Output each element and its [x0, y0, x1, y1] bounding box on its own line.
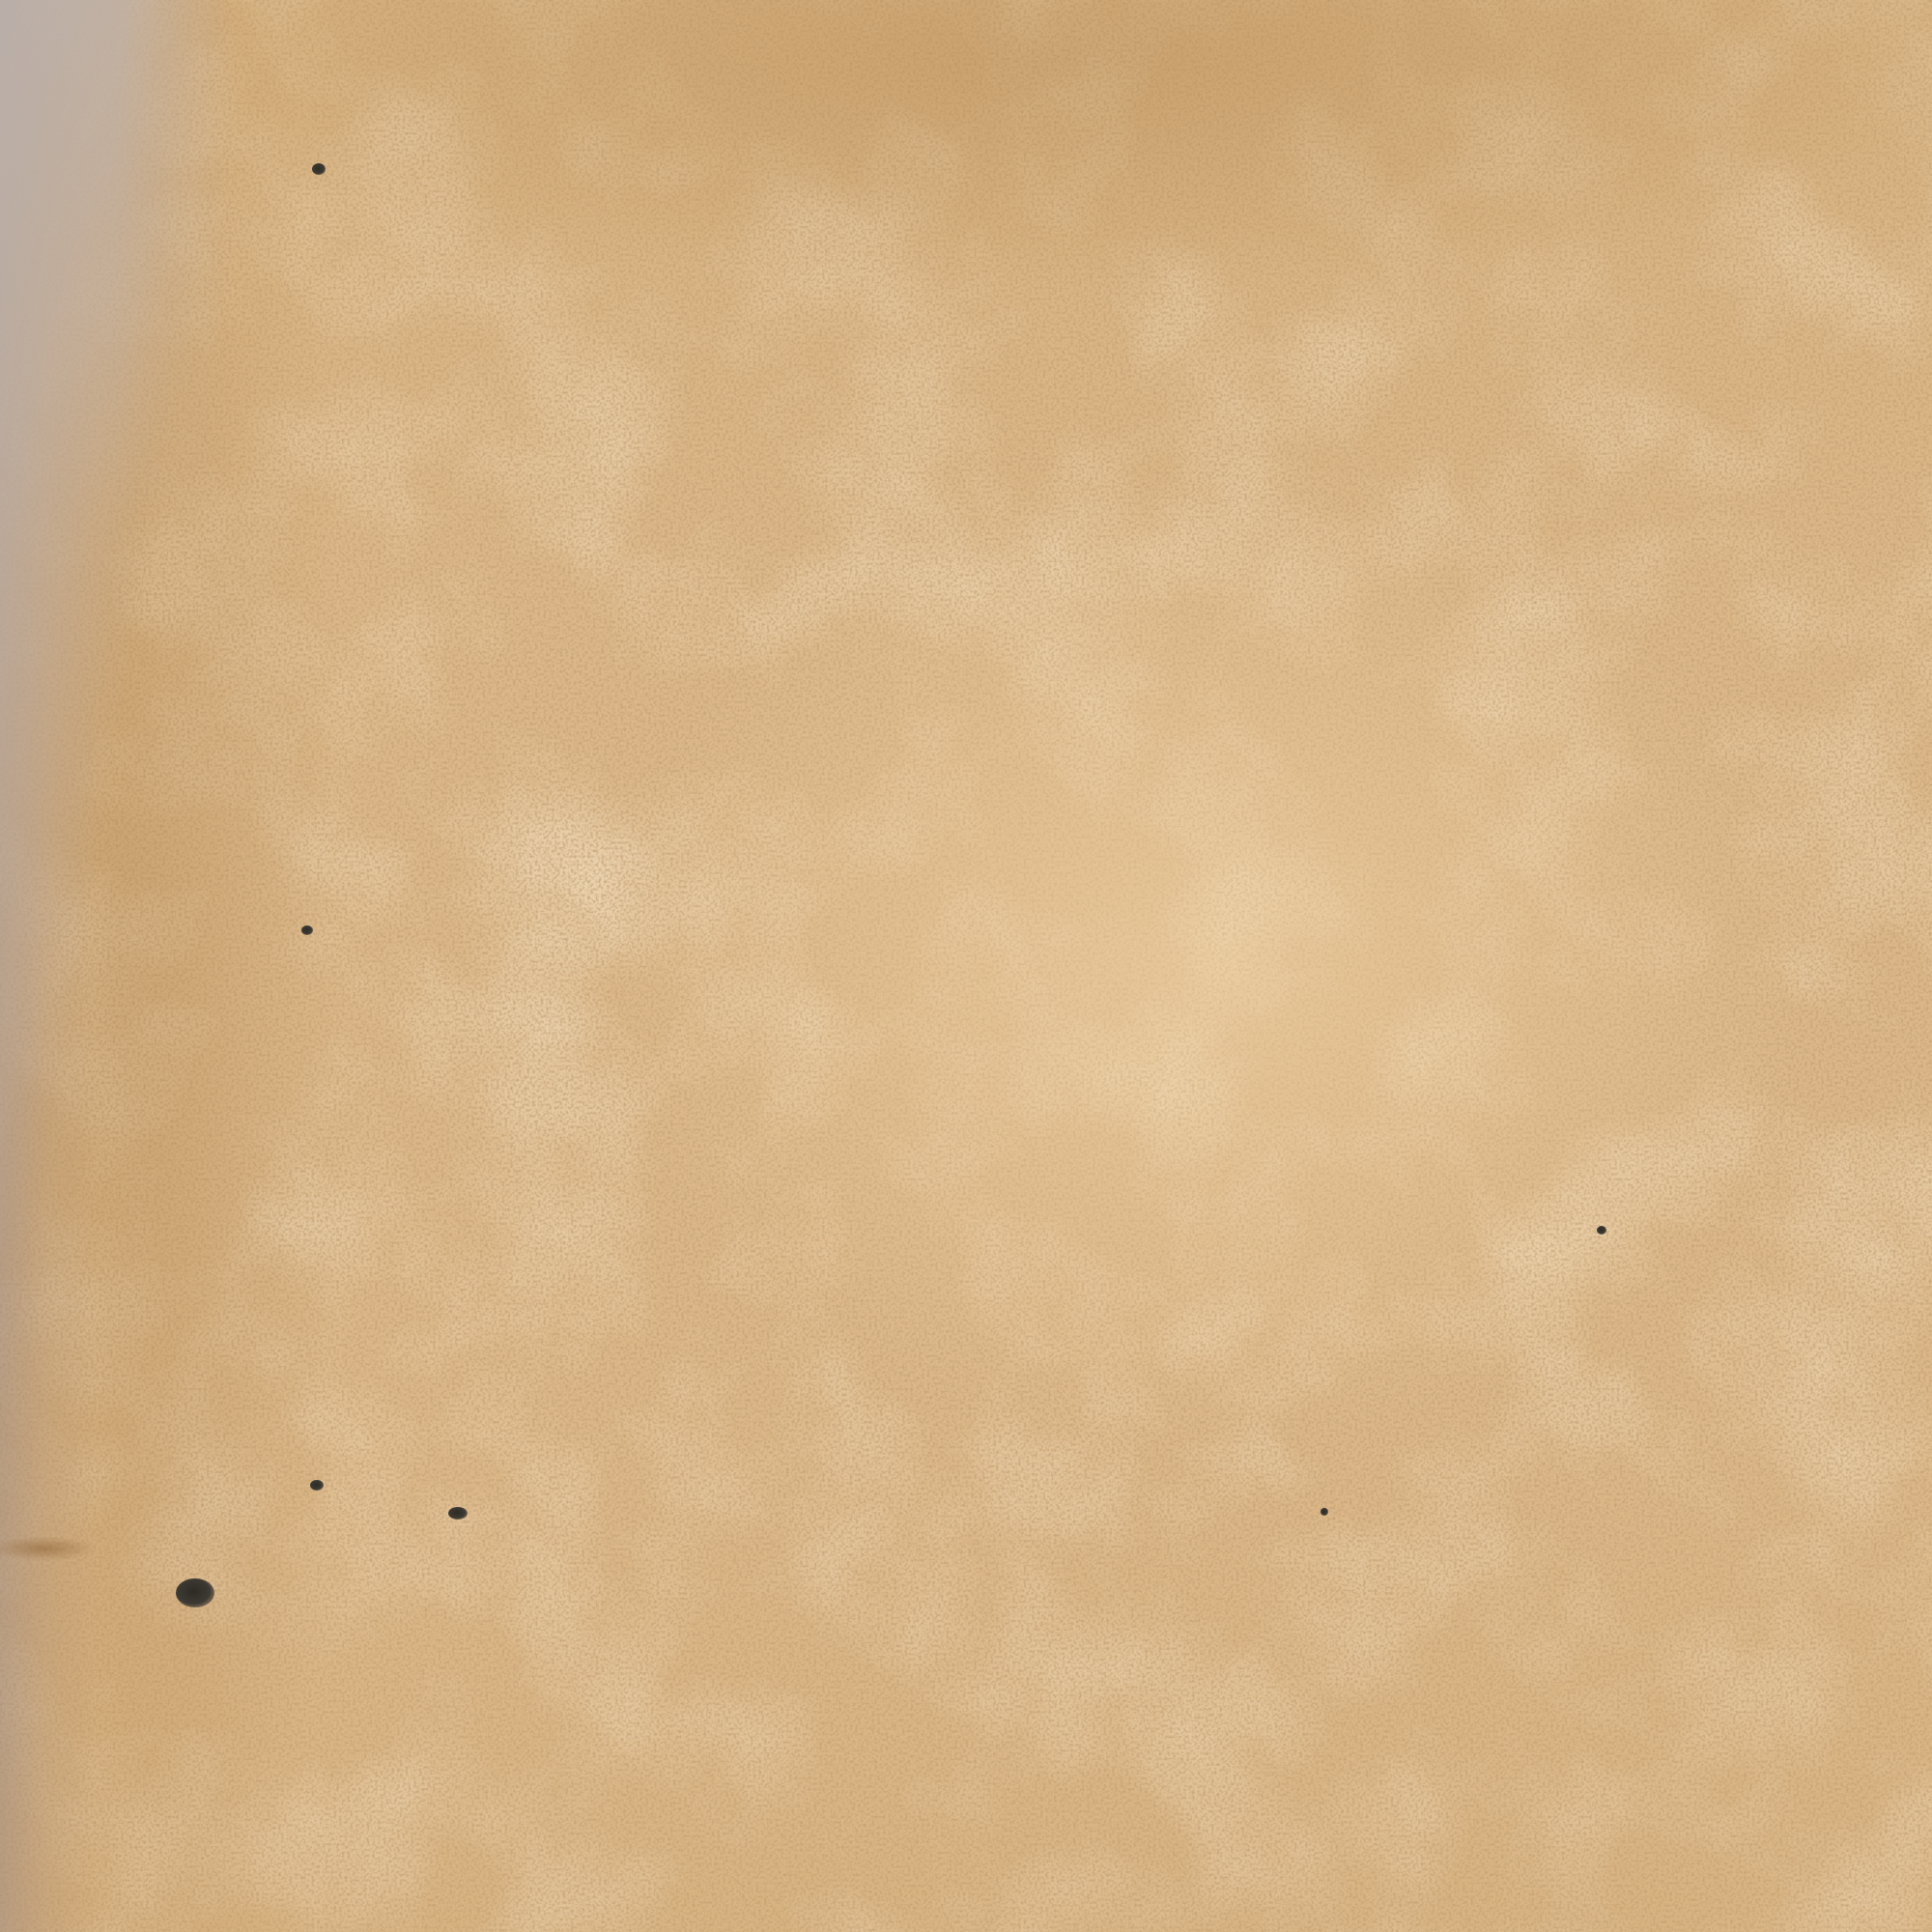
tone-gradient: [0, 0, 1932, 1932]
speck-lower-center-icon: [1321, 1508, 1328, 1516]
marks-layer: [0, 0, 1932, 1932]
speck-lower-left-2-icon: [448, 1507, 468, 1520]
smudge-lower-left-icon: [0, 1536, 97, 1561]
speck-right-mid-icon: [1597, 1226, 1606, 1235]
speck-top-left-icon: [312, 163, 326, 175]
speck-lower-left-1-icon: [310, 1480, 324, 1491]
grain-layer: [0, 0, 1932, 1932]
left-edge-stain: [0, 0, 1932, 1932]
top-left-edge-stain: [0, 0, 1932, 1932]
speck-mid-left-icon: [301, 925, 313, 935]
speck-lower-left-large-icon: [176, 1578, 214, 1607]
parchment-texture: [0, 0, 1932, 1932]
